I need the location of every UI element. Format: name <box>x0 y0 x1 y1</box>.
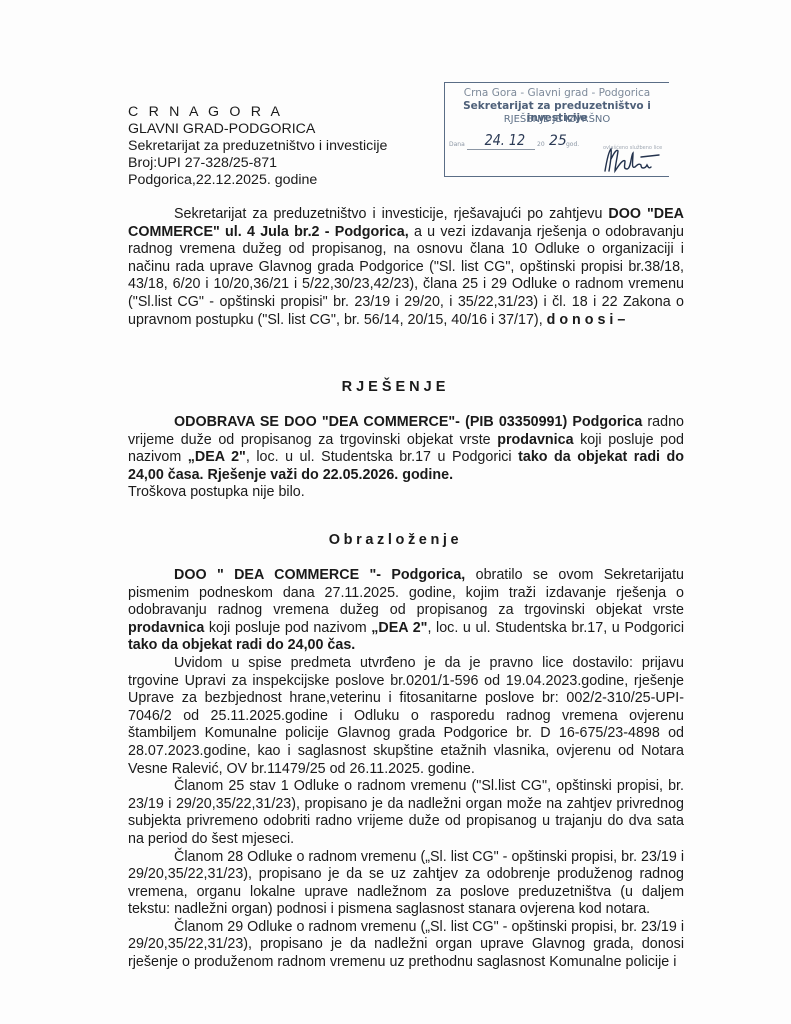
place-and-date: Podgorica,22.12.2025. godine <box>128 172 387 189</box>
enforceability-stamp: Crna Gora - Glavni grad - Podgorica Sekr… <box>444 82 669 177</box>
stamp-line-1: Crna Gora - Glavni grad - Podgorica <box>445 87 669 99</box>
decision-text-3: , loc. u ul. Studentska br.17 u Podgoric… <box>246 449 518 465</box>
reasoning-hours: tako da objekat radi do 24,00 čas. <box>128 637 355 653</box>
introduction-paragraph: Sekretarijat za preduzetništvo i investi… <box>128 206 684 329</box>
document-header: C R N A G O R A GLAVNI GRAD-PODGORICA Se… <box>128 104 387 189</box>
reasoning-text-2: koji posluje pod nazivom <box>204 620 371 636</box>
store-name: „DEA 2" <box>188 449 246 465</box>
donosi-label: d o n o s i – <box>547 312 626 328</box>
decision-approval: ODOBRAVA SE DOO "DEA COMMERCE"- (PIB 033… <box>174 414 642 430</box>
reasoning-paragraph-2: Uvidom u spise predmeta utvrđeno je da j… <box>128 655 684 778</box>
reasoning-paragraph-5: Članom 29 Odluke o radnom vremenu („Sl. … <box>128 919 684 972</box>
reasoning-text-3: , loc. u ul. Studentska br.17, u Podgori… <box>427 620 684 636</box>
signature-icon <box>601 145 661 175</box>
reasoning-applicant: DOO " DEA COMMERCE "- Podgorica, <box>174 567 465 583</box>
reasoning-paragraph-3: Članom 25 stav 1 Odluke o radnom vremenu… <box>128 778 684 848</box>
reasoning-paragraph-1: DOO " DEA COMMERCE "- Podgorica, obratil… <box>128 567 684 655</box>
stamp-line-3: RJEŠENJE JE IZVRŠNO <box>445 114 669 125</box>
costs-note: Troškova postupka nije bilo. <box>128 484 684 502</box>
reasoning-store-type: prodavnica <box>128 620 204 636</box>
document-page: C R N A G O R A GLAVNI GRAD-PODGORICA Se… <box>0 0 791 1024</box>
decision-title: RJEŠENJE <box>0 379 791 395</box>
reasoning-store-name: „DEA 2" <box>371 620 427 636</box>
intro-text-1: Sekretarijat za preduzetništvo i investi… <box>174 206 608 222</box>
stamp-date-line <box>467 149 535 150</box>
stamp-handwritten-year: 25 <box>549 133 567 149</box>
reasoning-paragraph-4: Članom 28 Odluke o radnom vremenu („Sl. … <box>128 849 684 919</box>
reasoning-title: Obrazloženje <box>0 532 791 548</box>
decision-section: ODOBRAVA SE DOO "DEA COMMERCE"- (PIB 033… <box>128 414 684 502</box>
country-name: C R N A G O R A <box>128 104 387 121</box>
department-name: Sekretarijat za preduzetništvo i investi… <box>128 138 387 155</box>
stamp-date-label: Dana <box>449 141 465 148</box>
stamp-year-prefix: 20 <box>537 141 545 148</box>
stamp-handwritten-date: 24. 12 <box>485 131 526 149</box>
case-number: Broj:UPI 27-328/25-871 <box>128 155 387 172</box>
city-name: GLAVNI GRAD-PODGORICA <box>128 121 387 138</box>
reasoning-section: DOO " DEA COMMERCE "- Podgorica, obratil… <box>128 567 684 972</box>
stamp-year-suffix: god. <box>566 141 579 148</box>
store-type: prodavnica <box>497 432 573 448</box>
